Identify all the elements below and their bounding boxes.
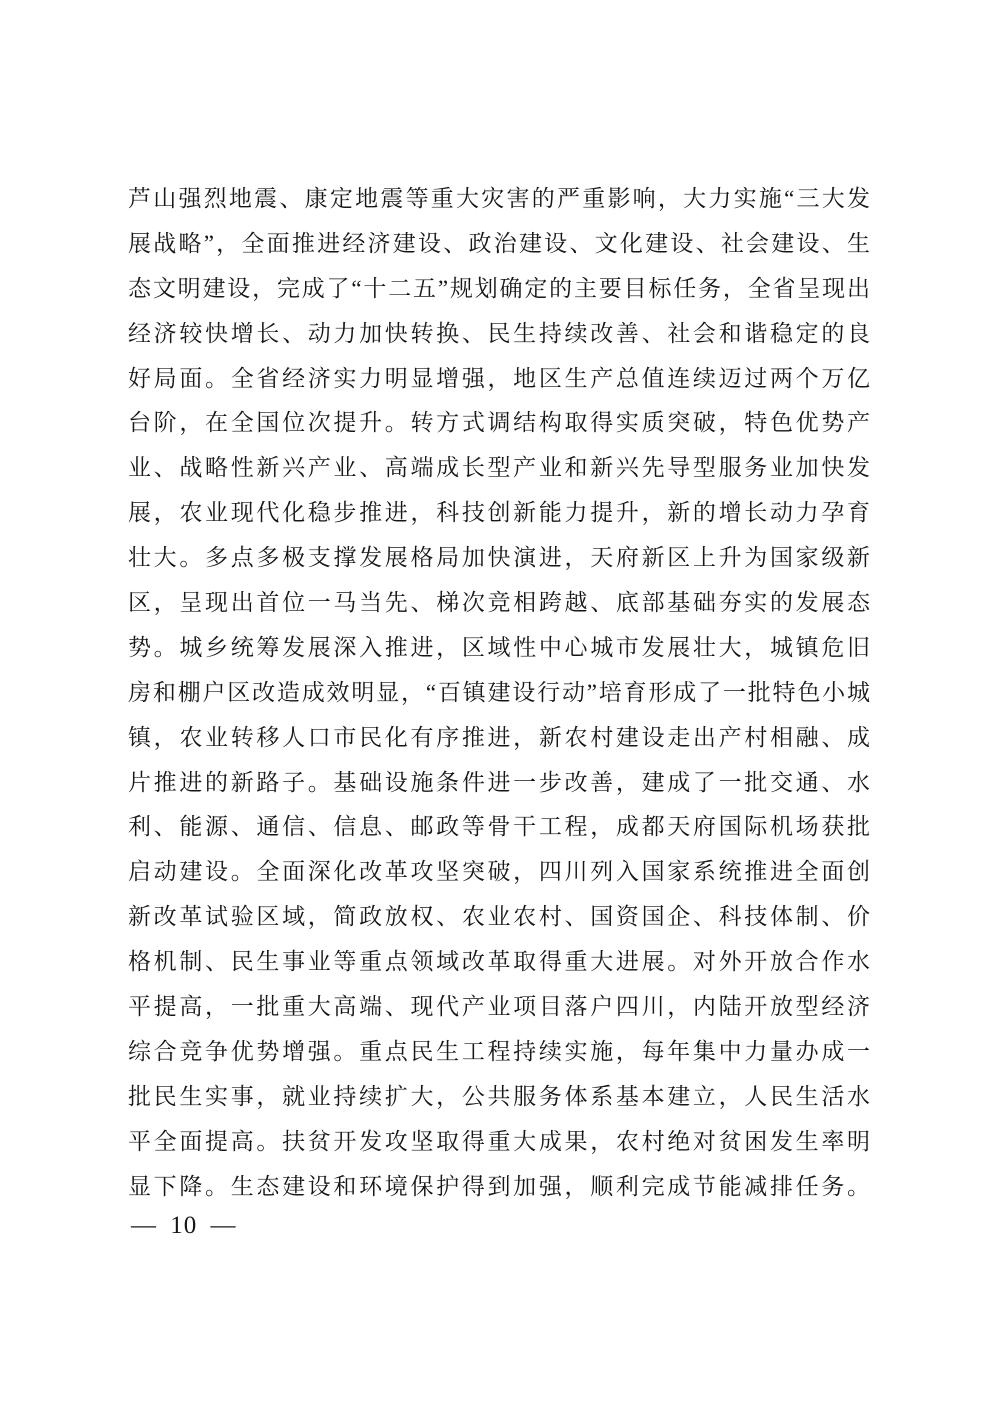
- text-line: 势。城乡统筹发展深入推进，区域性中心城市发展壮大，城镇危旧: [128, 626, 870, 671]
- text-line: 展战略”，全面推进经济建设、政治建设、文化建设、社会建设、生: [128, 222, 870, 267]
- text-line: 平提高，一批重大高端、现代产业项目落户四川，内陆开放型经济: [128, 985, 870, 1030]
- text-line: 区，呈现出首位一马当先、梯次竞相跨越、底部基础夯实的发展态: [128, 581, 870, 626]
- text-line: 芦山强烈地震、康定地震等重大灾害的严重影响，大力实施“三大发: [128, 177, 870, 222]
- text-line: 批民生实事，就业持续扩大，公共服务体系基本建立，人民生活水: [128, 1075, 870, 1120]
- text-line: 好局面。全省经济实力明显增强，地区生产总值连续迈过两个万亿: [128, 357, 870, 402]
- text-line: 启动建设。全面深化改革攻坚突破，四川列入国家系统推进全面创: [128, 850, 870, 895]
- body-text-block: 芦山强烈地震、康定地震等重大灾害的严重影响，大力实施“三大发 展战略”，全面推进…: [128, 177, 870, 1209]
- text-line: 台阶，在全国位次提升。转方式调结构取得实质突破，特色优势产: [128, 401, 870, 446]
- text-line: 房和棚户区改造成效明显，“百镇建设行动”培育形成了一批特色小城: [128, 671, 870, 716]
- text-line: 业、战略性新兴产业、高端成长型产业和新兴先导型服务业加快发: [128, 446, 870, 491]
- text-line: 壮大。多点多极支撑发展格局加快演进，天府新区上升为国家级新: [128, 536, 870, 581]
- text-line: 展，农业现代化稳步推进，科技创新能力提升，新的增长动力孕育: [128, 491, 870, 536]
- text-line: 新改革试验区域，简政放权、农业农村、国资国企、科技体制、价: [128, 895, 870, 940]
- text-line: 镇，农业转移人口市民化有序推进，新农村建设走出产村相融、成: [128, 716, 870, 761]
- text-line: 态文明建设，完成了“十二五”规划确定的主要目标任务，全省呈现出: [128, 267, 870, 312]
- text-line: 综合竞争优势增强。重点民生工程持续实施，每年集中力量办成一: [128, 1030, 870, 1075]
- text-line: 格机制、民生事业等重点领域改革取得重大进展。对外开放合作水: [128, 940, 870, 985]
- text-line: 片推进的新路子。基础设施条件进一步改善，建成了一批交通、水: [128, 761, 870, 806]
- text-line: 利、能源、通信、信息、邮政等骨干工程，成都天府国际机场获批: [128, 805, 870, 850]
- document-page: 芦山强烈地震、康定地震等重大灾害的严重影响，大力实施“三大发 展战略”，全面推进…: [0, 0, 992, 1403]
- text-line: 经济较快增长、动力加快转换、民生持续改善、社会和谐稳定的良: [128, 312, 870, 357]
- text-line: 显下降。生态建设和环境保护得到加强，顺利完成节能减排任务。: [128, 1165, 870, 1210]
- page-number: — 10 —: [131, 1212, 237, 1240]
- text-line: 平全面提高。扶贫开发攻坚取得重大成果，农村绝对贫困发生率明: [128, 1120, 870, 1165]
